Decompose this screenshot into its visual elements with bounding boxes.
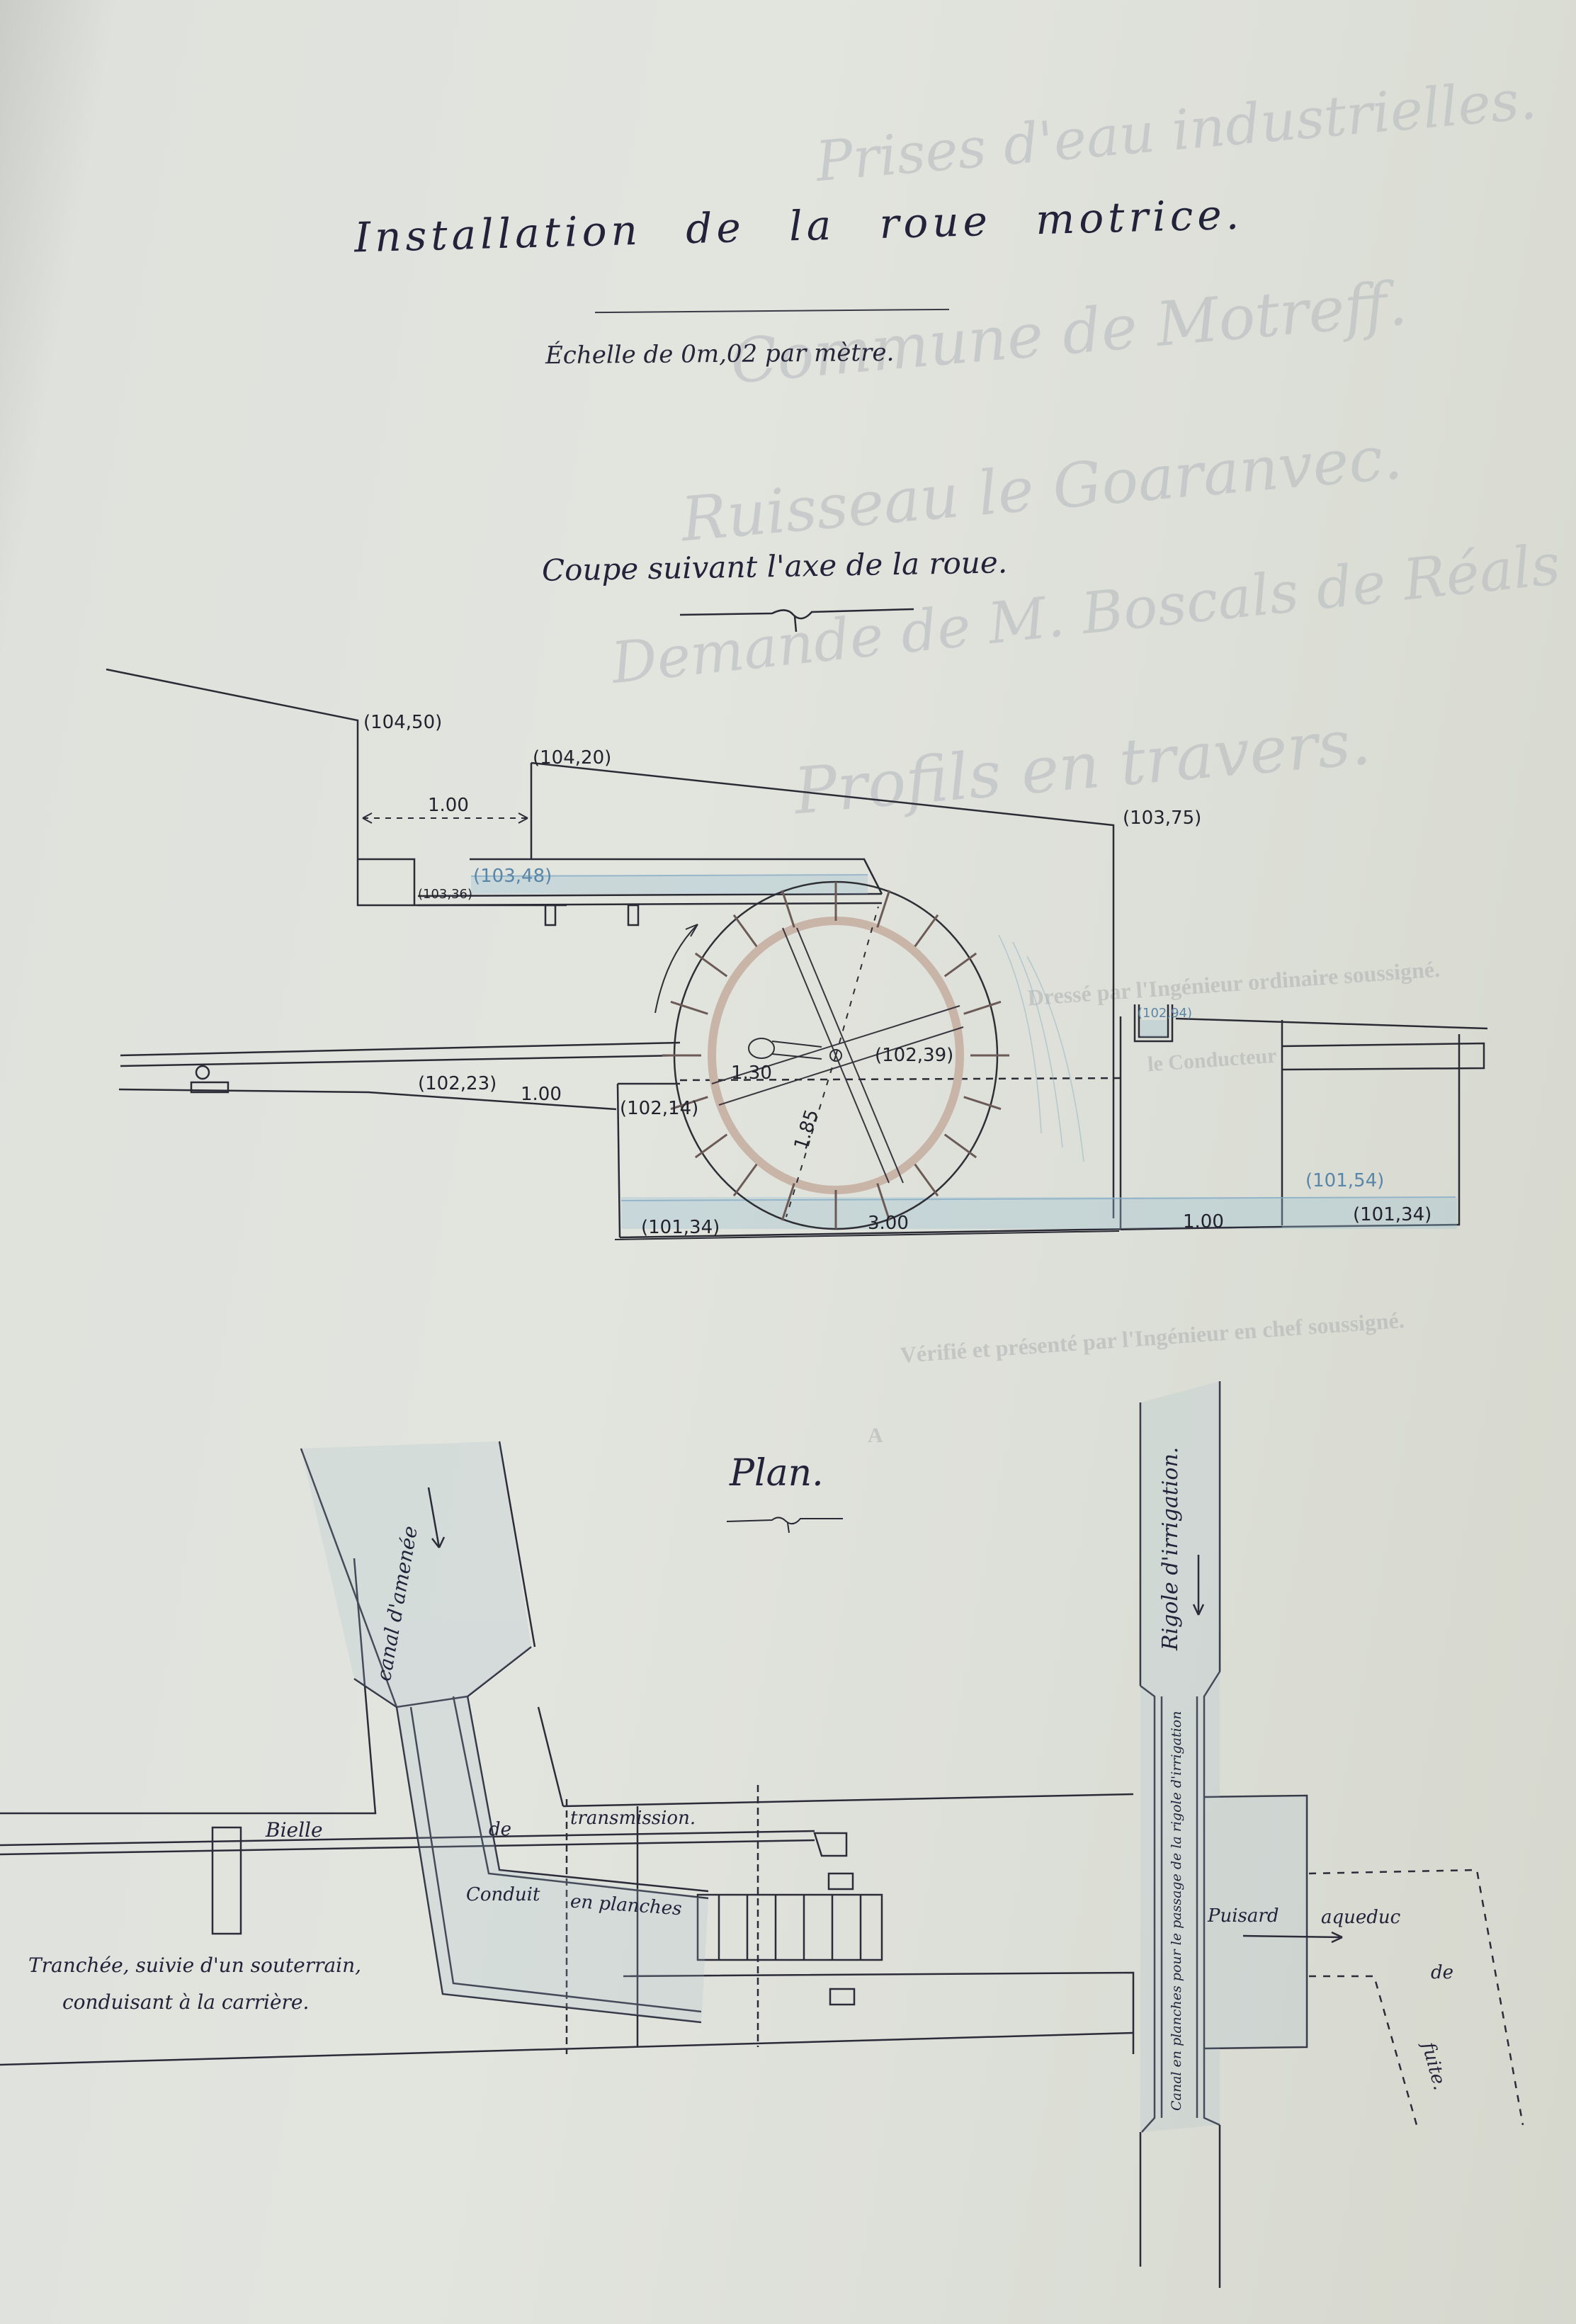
elevation-label: (102,14) (620, 1098, 698, 1119)
trench-note: conduisant à la carrière. (62, 1990, 309, 2014)
sump-label: Puisard (1208, 1905, 1279, 1927)
water-wheel (655, 882, 1009, 1229)
dimension-label: 3.00 (868, 1213, 909, 1234)
plan-title: Plan. (730, 1452, 824, 1495)
dimension-label: 1.00 (521, 1084, 562, 1105)
axle-elevation-label: (102,39) (875, 1045, 953, 1066)
elevation-label: (101,34) (1353, 1204, 1432, 1225)
water-level-label: (101,54) (1305, 1170, 1384, 1191)
plank-conduit-label: Conduit (466, 1884, 540, 1905)
elevation-label: (101,34) (641, 1217, 720, 1238)
tail-aqueduct-label: de (1431, 1962, 1453, 1983)
elevation-label: (103,36) (418, 887, 472, 902)
plank-canal-label: Canal en planches pour le passage de la … (1169, 1711, 1184, 2111)
water-level-label: (103,48) (473, 866, 552, 887)
irrigation-channel-label: Rigole d'irrigation. (1158, 1447, 1183, 1650)
elevation-label: (104,50) (363, 712, 442, 733)
tail-aqueduct-label: aqueduc (1321, 1907, 1400, 1928)
dimension-label: 1.00 (428, 795, 469, 816)
elevation-label: (102,94) (1138, 1006, 1192, 1021)
dimension-label: 1.30 (731, 1062, 772, 1084)
elevation-label: (103,75) (1123, 807, 1201, 829)
elevation-label: (102,23) (418, 1073, 497, 1094)
elevation-label: (104,20) (533, 747, 611, 769)
connecting-rod-label: Bielle (266, 1818, 323, 1842)
section-view (106, 669, 1487, 1237)
connecting-rod-label: transmission. (570, 1808, 696, 1829)
dimension-label: 1.00 (1183, 1211, 1224, 1232)
plan-flourish (722, 1509, 850, 1537)
trench-note: Tranchée, suivie d'un souterrain, (28, 1954, 361, 1977)
connecting-rod-label: de (489, 1819, 511, 1840)
